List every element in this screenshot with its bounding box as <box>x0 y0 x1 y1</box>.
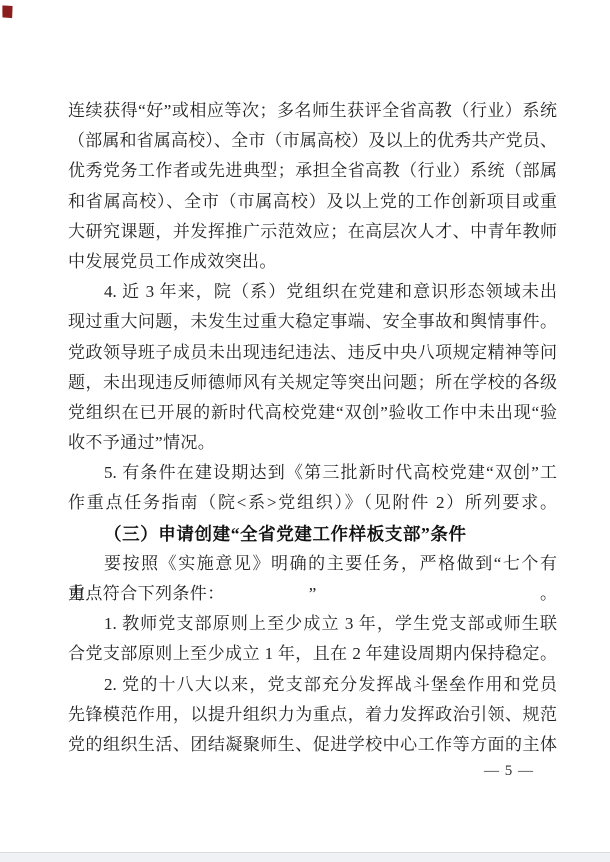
text-line: （部属和省属高校）、全市（市属高校）及以上的优秀共产党员、 <box>68 126 557 156</box>
text-line: 党组织在已开展的新时代高校党建“双创”验收工作中未出现“验 <box>68 398 557 428</box>
text-line: 收不予通过”情况。 <box>68 428 557 458</box>
red-seal-fragment-icon <box>2 5 14 20</box>
text-line: 2. 党的十八大以来，党支部充分发挥战斗堡垒作用和党员 <box>68 670 557 700</box>
text-line: 题，未出现违反师德师风有关规定等突出问题；所在学校的各级 <box>68 368 557 398</box>
text-line: 4. 近 3 年来，院（系）党组织在党建和意识形态领域未出 <box>68 277 557 307</box>
text-line: 先锋模范作用，以提升组织力为重点，着力发挥政治引领、规范 <box>68 700 557 730</box>
document-page: 连续获得“好”或相应等次；多名师生获评全省高教（行业）系统（部属和省属高校）、全… <box>0 0 610 862</box>
text-line: 现过重大问题，未发生过重大稳定事端、安全事故和舆情事件。 <box>68 307 557 337</box>
text-line: 大研究课题，并发挥推广示范效应；在高层次人才、中青年教师 <box>68 217 557 247</box>
page-bottom-edge-bar <box>0 852 610 862</box>
text-line: 要按照《实施意见》明确的主要任务，严格做到“七个有力”。 <box>68 549 557 579</box>
document-body: 连续获得“好”或相应等次；多名师生获评全省高教（行业）系统（部属和省属高校）、全… <box>68 96 557 760</box>
text-line: 优秀党务工作者或先进典型；承担全省高教（行业）系统（部属 <box>68 156 557 186</box>
page-number: — 5 — <box>484 762 534 780</box>
text-line: 党政领导班子成员未出现违纪违法、违反中央八项规定精神等问 <box>68 338 557 368</box>
text-line: 5. 有条件在建设期达到《第三批新时代高校党建“双创”工 <box>68 458 557 488</box>
text-line: 和省属高校）、全市（市属高校）及以上党的工作创新项目或重 <box>68 187 557 217</box>
text-line: 1. 教师党支部原则上至少成立 3 年，学生党支部或师生联 <box>68 609 557 639</box>
text-line: 合党支部原则上至少成立 1 年，且在 2 年建设周期内保持稳定。 <box>68 639 557 669</box>
text-line: 中发展党员工作成效突出。 <box>68 247 557 277</box>
text-line: 连续获得“好”或相应等次；多名师生获评全省高教（行业）系统 <box>68 96 557 126</box>
text-line: 作重点任务指南（院<系>党组织）》（见附件 2）所列要求。 <box>68 488 557 518</box>
section-heading: （三）申请创建“全省党建工作样板支部”条件 <box>68 519 557 549</box>
text-line: 党的组织生活、团结凝聚师生、促进学校中心工作等方面的主体 <box>68 730 557 760</box>
